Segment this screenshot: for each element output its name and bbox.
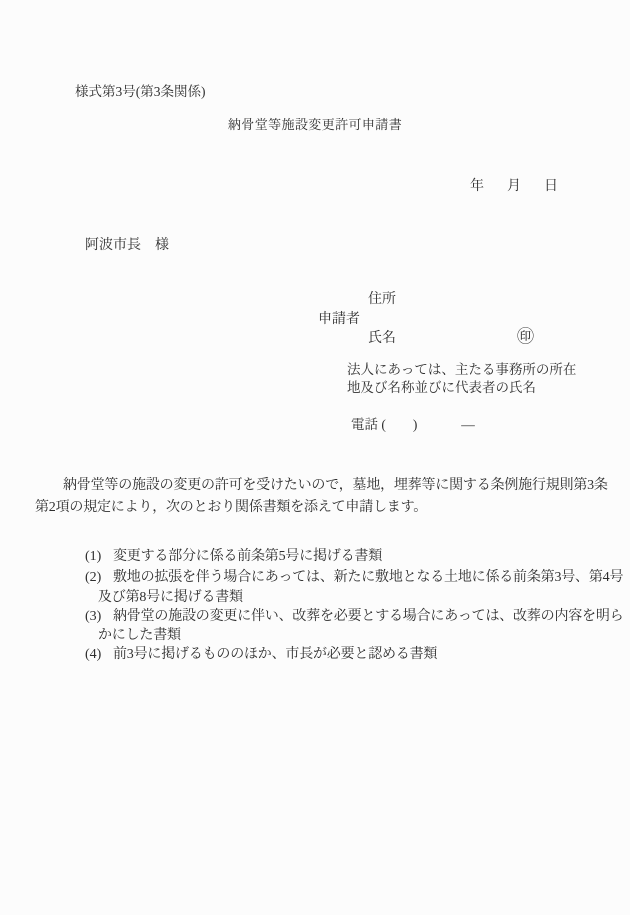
corporate-note-line-2: 地及び名称並びに代表者の氏名 bbox=[347, 380, 536, 397]
date-day-label: 日 bbox=[544, 178, 558, 196]
applicant-label: 申請者 bbox=[318, 311, 360, 329]
body-paragraph-line-1: 納骨堂等の施設の変更の許可を受けたいので，墓地，埋葬等に関する条例施行規則第3条 bbox=[63, 477, 608, 495]
document-page: 様式第3号(第3条関係) 納骨堂等施設変更許可申請書 年月日 阿波市長 様 申請… bbox=[0, 0, 630, 915]
attachment-item-1-text: 変更する部分に係る前条第5号に掲げる書類 bbox=[113, 548, 382, 566]
attachment-item-2-number: (2) bbox=[85, 569, 101, 587]
applicant-name-label: 氏名 bbox=[368, 330, 396, 348]
date-line: 年月日 bbox=[470, 178, 558, 196]
attachment-item-3-text-line-1: 納骨堂の施設の変更に伴い、改葬を必要とする場合にあっては、改葬の内容を明ら bbox=[113, 608, 623, 626]
date-year-label: 年 bbox=[470, 178, 484, 196]
attachment-item-1-number: (1) bbox=[85, 548, 101, 566]
applicant-address-label: 住所 bbox=[368, 291, 396, 309]
phone-line: 電話 ( ) ― bbox=[351, 417, 475, 434]
form-number: 様式第3号(第3条関係) bbox=[75, 84, 206, 101]
date-month-label: 月 bbox=[507, 178, 521, 196]
seal-icon: ㊞ bbox=[517, 326, 534, 347]
document-title: 納骨堂等施設変更許可申請書 bbox=[0, 117, 630, 133]
recipient-line: 阿波市長 様 bbox=[85, 237, 169, 255]
attachment-item-2-text-line-2: 及び第8号に掲げる書類 bbox=[98, 589, 243, 607]
attachment-item-4-text: 前3号に掲げるもののほか、市長が必要と認める書類 bbox=[113, 646, 437, 664]
body-paragraph-line-2: 第2項の規定により，次のとおり関係書類を添えて申請します。 bbox=[35, 499, 427, 517]
attachment-item-3-number: (3) bbox=[85, 608, 101, 626]
corporate-note-line-1: 法人にあっては、主たる事務所の所在 bbox=[347, 362, 576, 379]
attachment-item-2-text-line-1: 敷地の拡張を伴う場合にあっては、新たに敷地となる土地に係る前条第3号、第4号 bbox=[113, 569, 623, 587]
attachment-item-4-number: (4) bbox=[85, 646, 101, 664]
attachment-item-3-text-line-2: かにした書類 bbox=[98, 627, 181, 645]
